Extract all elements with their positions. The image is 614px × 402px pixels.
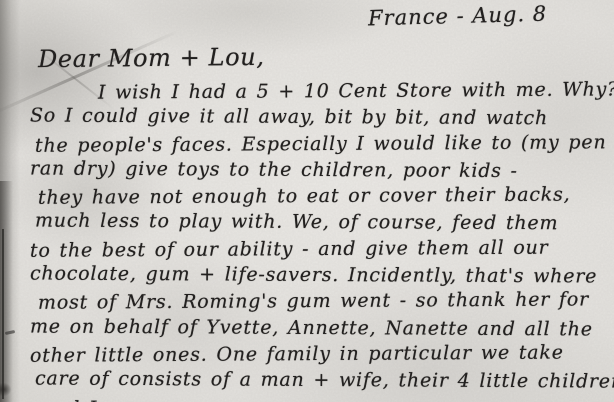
letter-line: much less to play with. We, of course, f…	[35, 208, 610, 237]
letter-line: chocolate, gum + life-savers. Incidently…	[30, 261, 610, 290]
letter-line: most of Mrs. Roming's gum went - so than…	[38, 287, 610, 317]
letter-scan-page: France - Aug. 8 Dear Mom + Lou, I wish I…	[0, 0, 614, 402]
salutation: Dear Mom + Lou,	[38, 43, 265, 73]
left-edge-shadow-dark	[0, 181, 13, 402]
letter-line: So I could give it all away, bit by bit,…	[30, 103, 610, 132]
ink-mark-dash	[5, 330, 15, 335]
ink-mark-bottom-left	[0, 383, 11, 396]
letter-line: the people's faces. Especially I would l…	[35, 129, 610, 159]
dateline: France - Aug. 8	[368, 2, 548, 31]
letter-line-cutoff: and I	[42, 392, 610, 402]
letter-body: I wish I had a 5 + 10 Cent Store with me…	[30, 78, 610, 402]
left-edge-shadow	[0, 0, 20, 402]
letter-line: they have not enough to eat or cover the…	[38, 181, 610, 211]
letter-line: care of consists of a man + wife, their …	[35, 366, 610, 395]
left-edge-line	[2, 229, 4, 399]
letter-line: I wish I had a 5 + 10 Cent Store with me…	[98, 76, 610, 105]
letter-line: me on behalf of Yvette, Annette, Nanette…	[30, 313, 610, 342]
letter-line: other little ones. One family in particu…	[30, 339, 610, 369]
letter-line: ran dry) give toys to the children, poor…	[30, 155, 610, 184]
letter-line: to the best of our ability - and give th…	[30, 234, 610, 264]
